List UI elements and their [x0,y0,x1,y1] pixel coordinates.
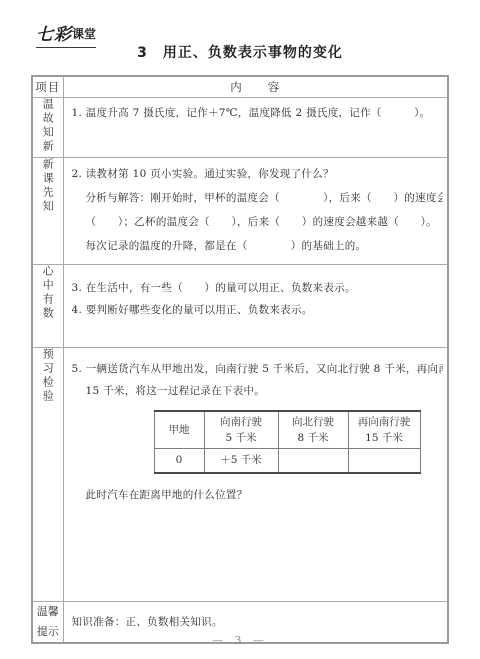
row-know-in-mind: 心中有数 3. 在生活中，有一些（ ）的量可以用正、负数来表示。 4. 要判断好… [32,265,448,348]
record-header-line: 再向南行驶 [353,414,416,430]
record-table-data-row: 0 ＋5 千米 [154,449,420,473]
record-header-south-5: 向南行驶 5 千米 [204,411,278,449]
row-preview-check: 预习检验 5. 一辆送货汽车从甲地出发，向南行驶 5 千米后，又向北行驶 8 千… [32,348,448,602]
question-3-text: 3. 在生活中，有一些（ ）的量可以用正、负数来表示。 [72,277,444,299]
question-5-text-line-2: 15 千米，将这一过程记录在下表中。 [72,380,444,402]
record-header-line: 8 千米 [283,430,344,446]
page-title: 3 用正、负数表示事物的变化 [0,42,480,62]
row-label-know-in-mind: 心中有数 [42,265,53,321]
record-data-blank-1 [278,449,348,473]
question-2-analysis-line-2: （ ）；乙杯的温度会（ ），后来（ ）的速度会越来越（ ）。 [72,210,444,234]
record-header-line: 15 千米 [353,430,416,446]
row-content-cell: 1. 温度升高 7 摄氏度，记作＋7℃，温度降低 2 摄氏度，记作（ ）。 [63,98,448,158]
record-data-plus-5: ＋5 千米 [204,449,278,473]
row-review: 温故知新 1. 温度升高 7 摄氏度，记作＋7℃，温度降低 2 摄氏度，记作（ … [32,98,448,158]
row-label-new-lesson: 新课先知 [42,158,53,214]
question-2-text: 2. 读教材第 10 页小实验。通过实验，你发现了什么？ [72,162,444,186]
row-label-cell: 心中有数 [32,265,63,348]
page-number: — 3 — [0,634,480,647]
logo-bold-text: 课堂 [72,27,96,41]
record-header-south-15: 再向南行驶 15 千米 [348,411,420,449]
record-header-north-8: 向北行驶 8 千米 [278,411,348,449]
worksheet-page: 七彩课堂 3 用正、负数表示事物的变化 项目 内 容 温故知新 1. 温度升高 … [0,0,480,659]
header-item-cell: 项目 [32,76,63,98]
row-content-cell: 3. 在生活中，有一些（ ）的量可以用正、负数来表示。 4. 要判断好哪些变化的… [63,265,448,348]
header-content-cell: 内 容 [63,76,448,98]
travel-record-table: 甲地 向南行驶 5 千米 向北行驶 8 千米 再向南行驶 15 千米 [154,410,421,474]
row-label-cell: 温故知新 [32,98,63,158]
row-content-cell: 2. 读教材第 10 页小实验。通过实验，你发现了什么？ 分析与解答：刚开始时，… [63,158,448,265]
record-header-line: 向南行驶 [209,414,274,430]
record-header-line: 向北行驶 [283,414,344,430]
row-label-cell: 新课先知 [32,158,63,265]
worksheet-table: 项目 内 容 温故知新 1. 温度升高 7 摄氏度，记作＋7℃，温度降低 2 摄… [31,75,449,644]
row-content-cell: 5. 一辆送货汽车从甲地出发，向南行驶 5 千米后，又向北行驶 8 千米，再向南… [63,348,448,602]
record-data-origin: 0 [154,449,204,473]
row-label-review: 温故知新 [42,98,53,154]
question-2-analysis-line-1: 分析与解答：刚开始时，甲杯的温度会（ ），后来（ ）的速度会越来越 [72,186,444,210]
question-5-followup-text: 此时汽车在距离甲地的什么位置？ [72,484,444,506]
row-new-lesson: 新课先知 2. 读教材第 10 页小实验。通过实验，你发现了什么？ 分析与解答：… [32,158,448,265]
record-table-header-row: 甲地 向南行驶 5 千米 向北行驶 8 千米 再向南行驶 15 千米 [154,411,420,449]
record-corner-cell: 甲地 [154,411,204,449]
row-label-preview-check: 预习检验 [42,348,53,404]
question-4-text: 4. 要判断好哪些变化的量可以用正、负数来表示。 [72,299,444,321]
row-label-cell: 预习检验 [32,348,63,602]
record-data-blank-2 [348,449,420,473]
warm-tip-text: 知识准备：正、负数相关知识。 [72,611,444,633]
question-5-text-line-1: 5. 一辆送货汽车从甲地出发，向南行驶 5 千米后，又向北行驶 8 千米，再向南… [72,358,444,380]
question-1-text: 1. 温度升高 7 摄氏度，记作＋7℃，温度降低 2 摄氏度，记作（ ）。 [72,102,444,124]
question-2-analysis-line-3: 每次记录的温度的升降，都是在（ ）的基础上的。 [72,234,444,258]
table-header-row: 项目 内 容 [32,76,448,98]
record-header-line: 5 千米 [209,430,274,446]
